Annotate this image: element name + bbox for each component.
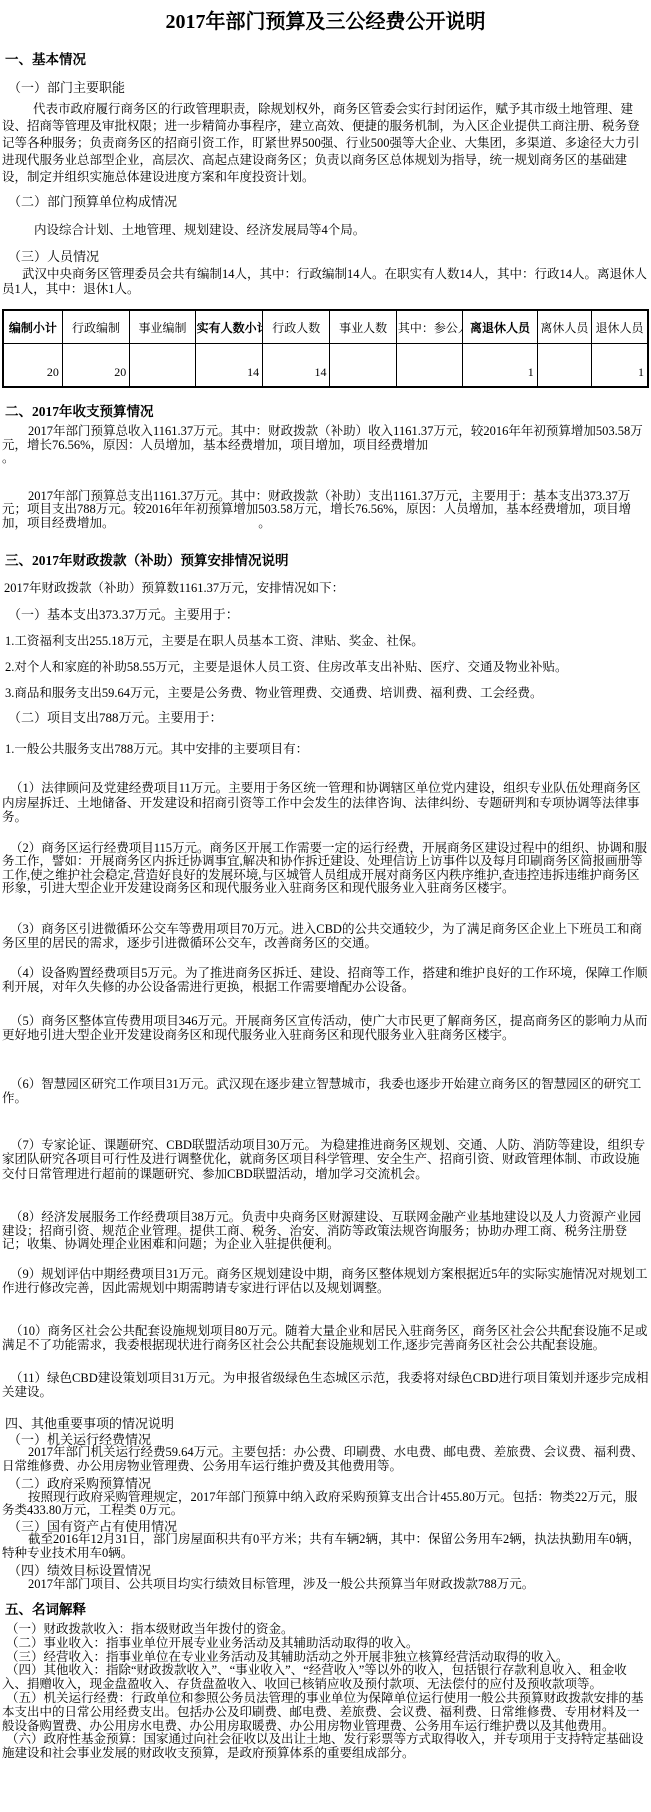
income-tail: 。: [2, 451, 15, 465]
project-item-3: （3）商务区引进微循环公交车等费用项目70万元。进入CBD的公共交通较少，为了满…: [2, 922, 649, 951]
staff-table-cell: [537, 344, 591, 388]
staff-table-cell: [396, 344, 462, 388]
income-paragraph: 2017年部门预算总收入1161.37万元。其中：财政拨款（补助）收入1161.…: [2, 425, 649, 466]
section2-heading: 二、2017年收支预算情况: [2, 403, 649, 421]
staff-table-header-cell: 行政人数: [263, 310, 330, 344]
project-item-8: （8）经济发展服务工作经费项目38万元。负责中央商务区财源建设、互联网金融产业基…: [2, 1211, 649, 1252]
basic-expense-item: 3.商品和服务支出59.64万元，主要是公务费、物业管理费、交通费、培训费、福利…: [2, 686, 649, 701]
section3-intro: 2017年财政拨款（补助）预算数1161.37万元，安排情况如下：: [2, 581, 649, 595]
section1-sub2-paragraph: 内设综合计划、土地管理、规划建设、经济发展局等4个局。: [2, 223, 649, 237]
staff-table-data-row: 20 20 14 14 1 1: [3, 344, 648, 388]
basic-expense-item: 1.工资福利支出255.18万元，主要是在职人员基本工资、津贴、奖金、社保。: [2, 634, 649, 649]
staff-table-header-cell: 事业编制: [130, 310, 195, 344]
project-item-9: （9）规划评估中期经费项目31万元。商务区规划建设中期，商务区整体规划方案根据近…: [2, 1267, 649, 1296]
basic-expense-item: 2.对个人和家庭的补助58.55万元，主要是退休人员工资、住房改革支出补贴、医疗…: [2, 660, 649, 675]
project-expense-heading: （二）项目支出788万元。主要用于：: [2, 710, 649, 726]
staff-table-cell: 20: [62, 344, 129, 388]
staff-table-header-row: 编制小计 行政编制 事业编制 实有人数小计 行政人数 事业人数 其中：参公人数 …: [3, 310, 648, 344]
project-expense-intro: 1.一般公共服务支出788万元。其中安排的主要项目有：: [2, 742, 649, 757]
term-definition: （五）机关运行经费：行政单位和参照公务员法管理的事业单位为保障单位运行使用一般公…: [2, 1692, 649, 1733]
term-definition: （二）事业收入：指事业单位开展专业业务活动及其辅助活动取得的收入。: [2, 1637, 649, 1651]
project-item-11: （11）绿色CBD建设策划项目31万元。为申报省级绿色生态城区示范，我委将对绿色…: [2, 1371, 649, 1400]
income-text: 2017年部门预算总收入1161.37万元。其中：财政拨款（补助）收入1161.…: [2, 424, 643, 452]
staff-table-cell: 1: [463, 344, 537, 388]
staff-table-cell: 1: [592, 344, 648, 388]
project-item-1: （1）法律顾问及党建经费项目11万元。主要用于务区统一管理和协调辖区单位党内建设…: [2, 781, 649, 825]
section1-heading: 一、基本情况: [2, 51, 649, 69]
staff-table-cell: 14: [195, 344, 262, 388]
project-item-4: （4）设备购置经费项目5万元。为了推进商务区拆迁、建设、招商等工作，搭建和维护良…: [2, 966, 649, 995]
staff-table-header-cell: 编制小计: [3, 310, 62, 344]
section1-sub3-paragraph: 武汉中央商务区管理委员会共有编制14人，其中：行政编制14人。在职实有人数14人…: [2, 267, 649, 297]
term-definition: （一）财政拨款收入：指本级财政当年拨付的资金。: [2, 1623, 649, 1637]
section4-sub4-paragraph: 2017年部门项目、公共项目均实行绩效目标管理，涉及一般公共预算当年财政拨款78…: [2, 1578, 649, 1592]
term-definition: （六）政府性基金预算：国家通过向社会征收以及出让土地、发行彩票等方式取得收入，并…: [2, 1733, 649, 1761]
expense-paragraph: 2017年部门预算总支出1161.37万元。其中：财政拨款（补助）支出1161.…: [2, 490, 649, 531]
page-title: 2017年部门预算及三公经费公开说明: [2, 8, 649, 36]
budget-disclosure-document: 2017年部门预算及三公经费公开说明 一、基本情况 （一）部门主要职能 代表市政…: [0, 0, 651, 1771]
section3-heading: 三、2017年财政拨款（补助）预算安排情况说明: [2, 552, 649, 570]
project-item-7: （7）专家论证、课题研究、CBD联盟活动项目30万元。 为稳建推进商务区规划、交…: [2, 1138, 649, 1182]
project-item-10: （10）商务区社会公共配套设施规划项目80万元。随着大量企业和居民入驻商务区，商…: [2, 1324, 649, 1353]
staff-table-header-cell: 离休人员: [537, 310, 591, 344]
section4-sub3-heading: （三）国有资产占有使用情况: [2, 1520, 649, 1534]
staff-table-cell: 14: [263, 344, 330, 388]
section4-sub2-paragraph: 按照现行政府采购管理规定，2017年部门预算中纳入政府采购预算支出合计455.8…: [2, 1491, 649, 1518]
staff-table-cell: 20: [3, 344, 62, 388]
section1-sub3-heading: （三）人员情况: [2, 249, 649, 265]
staff-table-header-cell: 实有人数小计: [195, 310, 262, 344]
expense-text: 2017年部门预算总支出1161.37万元。其中：财政拨款（补助）支出1161.…: [2, 489, 631, 530]
staff-table-header-cell: 其中：参公人数: [396, 310, 462, 344]
section4-sub4-heading: （四）绩效目标设置情况: [2, 1564, 649, 1578]
section1-sub1-paragraph: 代表市政府履行商务区的行政管理职责，除规划权外，商务区管委会实行封闭运作，赋予其…: [2, 101, 649, 186]
project-item-2: （2）商务区运行经费项目115万元。商务区开展工作需要一定的运行经费，开展商务区…: [2, 842, 649, 896]
staff-table-cell: [330, 344, 396, 388]
section1-sub2-heading: （二）部门预算单位构成情况: [2, 194, 649, 210]
section4-sub3-paragraph: 截至2016年12月31日，部门房屋面积共有0平方米；共有车辆2辆，其中：保留公…: [2, 1533, 649, 1560]
project-item-5: （5）商务区整体宣传费用项目346万元。开展商务区宣传活动，使广大市民更了解商务…: [2, 1014, 649, 1043]
staff-table-header-cell: 事业人数: [330, 310, 396, 344]
section5-heading: 五、名词解释: [2, 1601, 649, 1619]
expense-tail: 。: [258, 516, 271, 530]
section1-sub1-heading: （一）部门主要职能: [2, 80, 649, 96]
staff-table-header-cell: 退休人员: [592, 310, 648, 344]
term-definition: （四）其他收入：指除“财政拨款收入”、“事业收入”、“经营收入”等以外的收入，包…: [2, 1664, 649, 1692]
staff-table-header-cell: 离退休人员: [463, 310, 537, 344]
section4-sub1-heading: （一）机关运行经费情况: [2, 1433, 649, 1447]
basic-expense-heading: （一）基本支出373.37万元。主要用于：: [2, 607, 649, 623]
section4-sub1-paragraph: 2017年部门机关运行经费59.64万元。主要包括：办公费、印刷费、水电费、邮电…: [2, 1446, 649, 1473]
staff-table-cell: [130, 344, 195, 388]
project-item-6: （6）智慧园区研究工作项目31万元。武汉现在逐步建立智慧城市，我委也逐步开始建立…: [2, 1077, 649, 1106]
section4-heading: 四、其他重要事项的情况说明: [2, 1416, 649, 1431]
section4-sub2-heading: （二）政府采购预算情况: [2, 1477, 649, 1491]
staff-table-header-cell: 行政编制: [62, 310, 129, 344]
staff-table: 编制小计 行政编制 事业编制 实有人数小计 行政人数 事业人数 其中：参公人数 …: [2, 309, 649, 388]
